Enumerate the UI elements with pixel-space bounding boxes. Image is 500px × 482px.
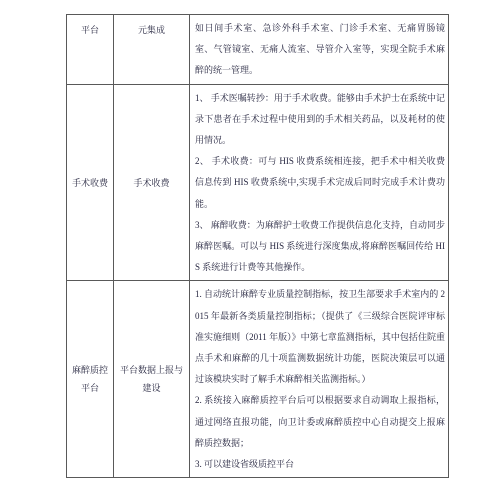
feature-paragraph: 1. 自动统计麻醉专业质量控制指标，按卫生部要求手术室内的 2015 年最新各类… <box>195 284 445 390</box>
submodule-cell: 平台数据上报与建设 <box>114 281 190 478</box>
feature-paragraph: 2. 系统接入麻醉质控平台后可以根据要求自动调取上报指标，通过网络直报功能，向卫… <box>195 390 445 454</box>
module-cell: 麻醉质控平台 <box>67 281 114 478</box>
feature-paragraph: 3. 可以建设省级质控平台 <box>195 454 445 475</box>
submodule-cell: 元集成 <box>114 15 190 85</box>
document-page: 平台 元集成 如日间手术室、急诊外科手术室、门诊手术室、无痛胃肠镜室、气管镜室、… <box>0 0 500 482</box>
feature-paragraph: 2、 手术收费：可与 HIS 收费系统相连接，把手术中相关收费信息传到 HIS … <box>195 151 445 215</box>
feature-table: 平台 元集成 如日间手术室、急诊外科手术室、门诊手术室、无痛胃肠镜室、气管镜室、… <box>66 14 449 478</box>
submodule-cell: 手术收费 <box>114 84 190 281</box>
features-cell: 如日间手术室、急诊外科手术室、门诊手术室、无痛胃肠镜室、气管镜室、无痛人流室、导… <box>190 15 449 85</box>
features-cell: 1、 手术医嘱转抄：用于手术收费。能够由手术护士在系统中记录下患者在手术过程中使… <box>190 84 449 281</box>
table-row-surgery-billing: 手术收费 手术收费 1、 手术医嘱转抄：用于手术收费。能够由手术护士在系统中记录… <box>67 84 449 281</box>
feature-paragraph: 3、 麻醉收费：为麻醉护士收费工作提供信息化支持，自动同步麻醉医嘱。可以与 HI… <box>195 215 445 279</box>
feature-paragraph: 如日间手术室、急诊外科手术室、门诊手术室、无痛胃肠镜室、气管镜室、无痛人流室、导… <box>195 18 445 82</box>
table-row-anesthesia-qc: 麻醉质控平台 平台数据上报与建设 1. 自动统计麻醉专业质量控制指标，按卫生部要… <box>67 281 449 478</box>
features-cell: 1. 自动统计麻醉专业质量控制指标，按卫生部要求手术室内的 2015 年最新各类… <box>190 281 449 478</box>
module-cell: 手术收费 <box>67 84 114 281</box>
table-row-platform: 平台 元集成 如日间手术室、急诊外科手术室、门诊手术室、无痛胃肠镜室、气管镜室、… <box>67 15 449 85</box>
feature-paragraph: 1、 手术医嘱转抄：用于手术收费。能够由手术护士在系统中记录下患者在手术过程中使… <box>195 88 445 152</box>
module-cell: 平台 <box>67 15 114 85</box>
